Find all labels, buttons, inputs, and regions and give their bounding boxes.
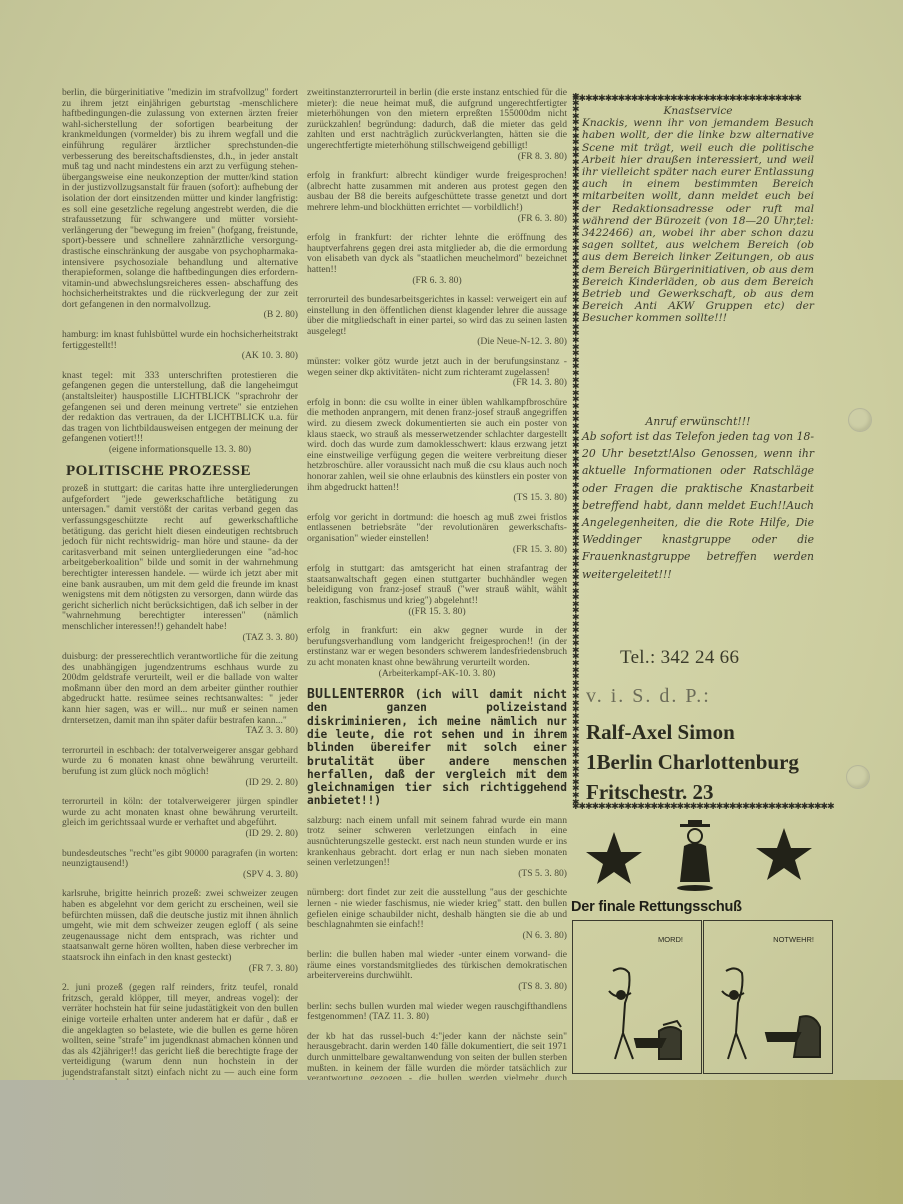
news-item: prozeß in stuttgart: die caritas hatte i… bbox=[62, 484, 298, 643]
news-source: (FR 8. 3. 80) bbox=[307, 152, 567, 163]
news-source: TAZ 3. 3. 80) bbox=[62, 726, 298, 737]
news-item: zweitinstanzterrorurteil in berlin (die … bbox=[307, 88, 567, 162]
news-item: münster: volker götz wurde jetzt auch in… bbox=[307, 357, 567, 389]
knastservice-text: Knackis, wenn ihr von jemandem Besuch ha… bbox=[582, 117, 814, 324]
news-item: terrorurteil des bundesarbeitsgerichtes … bbox=[307, 295, 567, 348]
bullenterror-section: BULLENTERROR (ich will damit nicht den g… bbox=[307, 688, 567, 808]
anruf-notice: Anruf erwünscht!!! Ab sofort ist das Tel… bbox=[582, 415, 814, 583]
section-heading-politische-prozesse: POLITISCHE PROZESSE bbox=[66, 466, 298, 477]
page-bottom-margin bbox=[0, 1080, 903, 1204]
news-item: erfolg in bonn: die csu wollte in einer … bbox=[307, 398, 567, 504]
knastservice-box: ✱✱✱✱✱✱✱✱✱✱✱✱✱✱✱✱✱✱✱✱✱✱✱✱✱✱✱✱✱✱✱✱✱✱✱ ✱✱✱✱… bbox=[572, 93, 810, 805]
news-item: salzburg: nach einem unfall mit seinem f… bbox=[307, 816, 567, 880]
punch-hole bbox=[846, 765, 870, 789]
news-source: (FR 7. 3. 80) bbox=[62, 964, 298, 975]
visdp-label: v. i. S. d. P.: bbox=[586, 685, 711, 708]
news-source: (TS 8. 3. 80) bbox=[307, 982, 567, 993]
news-source: (FR 6. 3. 80) bbox=[307, 214, 567, 225]
news-source: (N 6. 3. 80) bbox=[307, 931, 567, 942]
news-source: (FR 15. 3. 80) bbox=[307, 545, 567, 556]
news-item: karlsruhe, brigitte heinrich prozeß: zwe… bbox=[62, 889, 298, 974]
news-item: hamburg: im knast fuhlsbüttel wurde ein … bbox=[62, 330, 298, 362]
middle-column: zweitinstanzterrorurteil in berlin (die … bbox=[307, 88, 567, 1126]
news-item: berlin: die bullen haben mal wieder -unt… bbox=[307, 950, 567, 992]
news-item: berlin: sechs bullen wurden mal wieder w… bbox=[307, 1002, 567, 1023]
news-source: (ID 29. 2. 80) bbox=[62, 778, 298, 789]
news-item: erfolg in frankfurt: ein akw gegner wurd… bbox=[307, 626, 567, 679]
news-source: (TAZ 11. 3. 80) bbox=[369, 1011, 429, 1022]
star-icon bbox=[586, 832, 642, 884]
news-item: erfolg vor gericht in dortmund: die hoes… bbox=[307, 513, 567, 555]
star-border-top: ✱✱✱✱✱✱✱✱✱✱✱✱✱✱✱✱✱✱✱✱✱✱✱✱✱✱✱✱✱✱✱✱✱✱✱ bbox=[572, 93, 812, 103]
news-source: (FR 14. 3. 80) bbox=[307, 378, 567, 389]
news-item: erfolg in frankfurt: der richter lehnte … bbox=[307, 233, 567, 286]
figure-with-hat-icon bbox=[677, 820, 713, 891]
scanned-newspaper-page: berlin, die bürgerinitiative "medizin im… bbox=[0, 0, 903, 1204]
news-item: nürnberg: dort findet zur zeit die ausst… bbox=[307, 888, 567, 941]
news-item: terrorurteil in eschbach: der totalverwe… bbox=[62, 746, 298, 788]
knastservice-title: Knastservice bbox=[582, 105, 814, 117]
left-column: berlin, die bürgerinitiative "medizin im… bbox=[62, 88, 298, 1109]
news-source: (ID 29. 2. 80) bbox=[62, 829, 298, 840]
telephone-number: Tel.: 342 24 66 bbox=[620, 647, 739, 669]
news-source: (TS 15. 3. 80) bbox=[307, 493, 567, 504]
panel-caption: NOTWEHR! bbox=[773, 935, 814, 944]
address-name: Ralf-Axel Simon bbox=[586, 717, 799, 747]
panel-caption: MORD! bbox=[658, 935, 683, 944]
news-item: berlin, die bürgerinitiative "medizin im… bbox=[62, 88, 298, 321]
cartoon-panel-notwehr: NOTWEHR! bbox=[703, 920, 833, 1074]
star-icon bbox=[756, 828, 812, 880]
news-source: (B 2. 80) bbox=[62, 310, 298, 321]
anruf-title: Anruf erwünscht!!! bbox=[582, 415, 814, 428]
news-source: (eigene informationsquelle 13. 3. 80) bbox=[62, 445, 298, 456]
news-source: (Arbeiterkampf-AK-10. 3. 80) bbox=[307, 669, 567, 680]
news-source: (TAZ 3. 3. 80) bbox=[62, 633, 298, 644]
knastservice-notice: Knastservice Knackis, wenn ihr von jeman… bbox=[582, 105, 814, 325]
news-item: erfolg in stuttgart: das amtsgericht hat… bbox=[307, 564, 567, 617]
news-source: (FR 6. 3. 80) bbox=[307, 276, 567, 287]
stars-and-figure-illustration bbox=[580, 810, 820, 900]
editor-address: Ralf-Axel Simon 1Berlin Charlottenburg F… bbox=[586, 717, 799, 807]
punch-hole bbox=[848, 408, 872, 432]
news-item: erfolg in frankfurt: albrecht kündiger w… bbox=[307, 171, 567, 224]
news-source: ((FR 15. 3. 80) bbox=[307, 607, 567, 618]
anruf-text: Ab sofort ist das Telefon jeden tag von … bbox=[582, 428, 814, 583]
news-source: (Die Neue-N-12. 3. 80) bbox=[307, 337, 567, 348]
address-street: Fritschestr. 23 bbox=[586, 777, 799, 807]
news-item: terrorurteil in köln: der totalverweiger… bbox=[62, 797, 298, 839]
news-source: (TS 5. 3. 80) bbox=[307, 869, 567, 880]
star-border-left: ✱✱✱✱✱✱✱✱✱✱✱✱✱✱✱✱✱✱✱✱✱✱✱✱✱✱✱✱✱✱✱✱✱✱✱✱✱✱✱✱… bbox=[572, 93, 582, 805]
news-item: duisburg: der presserechtlich verantwort… bbox=[62, 652, 298, 737]
cartoon-panel-mord: MORD! bbox=[572, 920, 702, 1074]
bullenterror-title: BULLENTERROR bbox=[307, 687, 405, 702]
news-item: bundesdeutsches "recht"es gibt 90000 par… bbox=[62, 849, 298, 881]
cartoon-title: Der finale Rettungsschuß bbox=[571, 899, 742, 915]
bullenterror-text: (ich will damit nicht den ganzen polizei… bbox=[307, 688, 567, 807]
news-source: (SPV 4. 3. 80) bbox=[62, 870, 298, 881]
news-source: (AK 10. 3. 80) bbox=[62, 351, 298, 362]
address-city: 1Berlin Charlottenburg bbox=[586, 747, 799, 777]
news-item: knast tegel: mit 333 unterschriften prot… bbox=[62, 371, 298, 456]
